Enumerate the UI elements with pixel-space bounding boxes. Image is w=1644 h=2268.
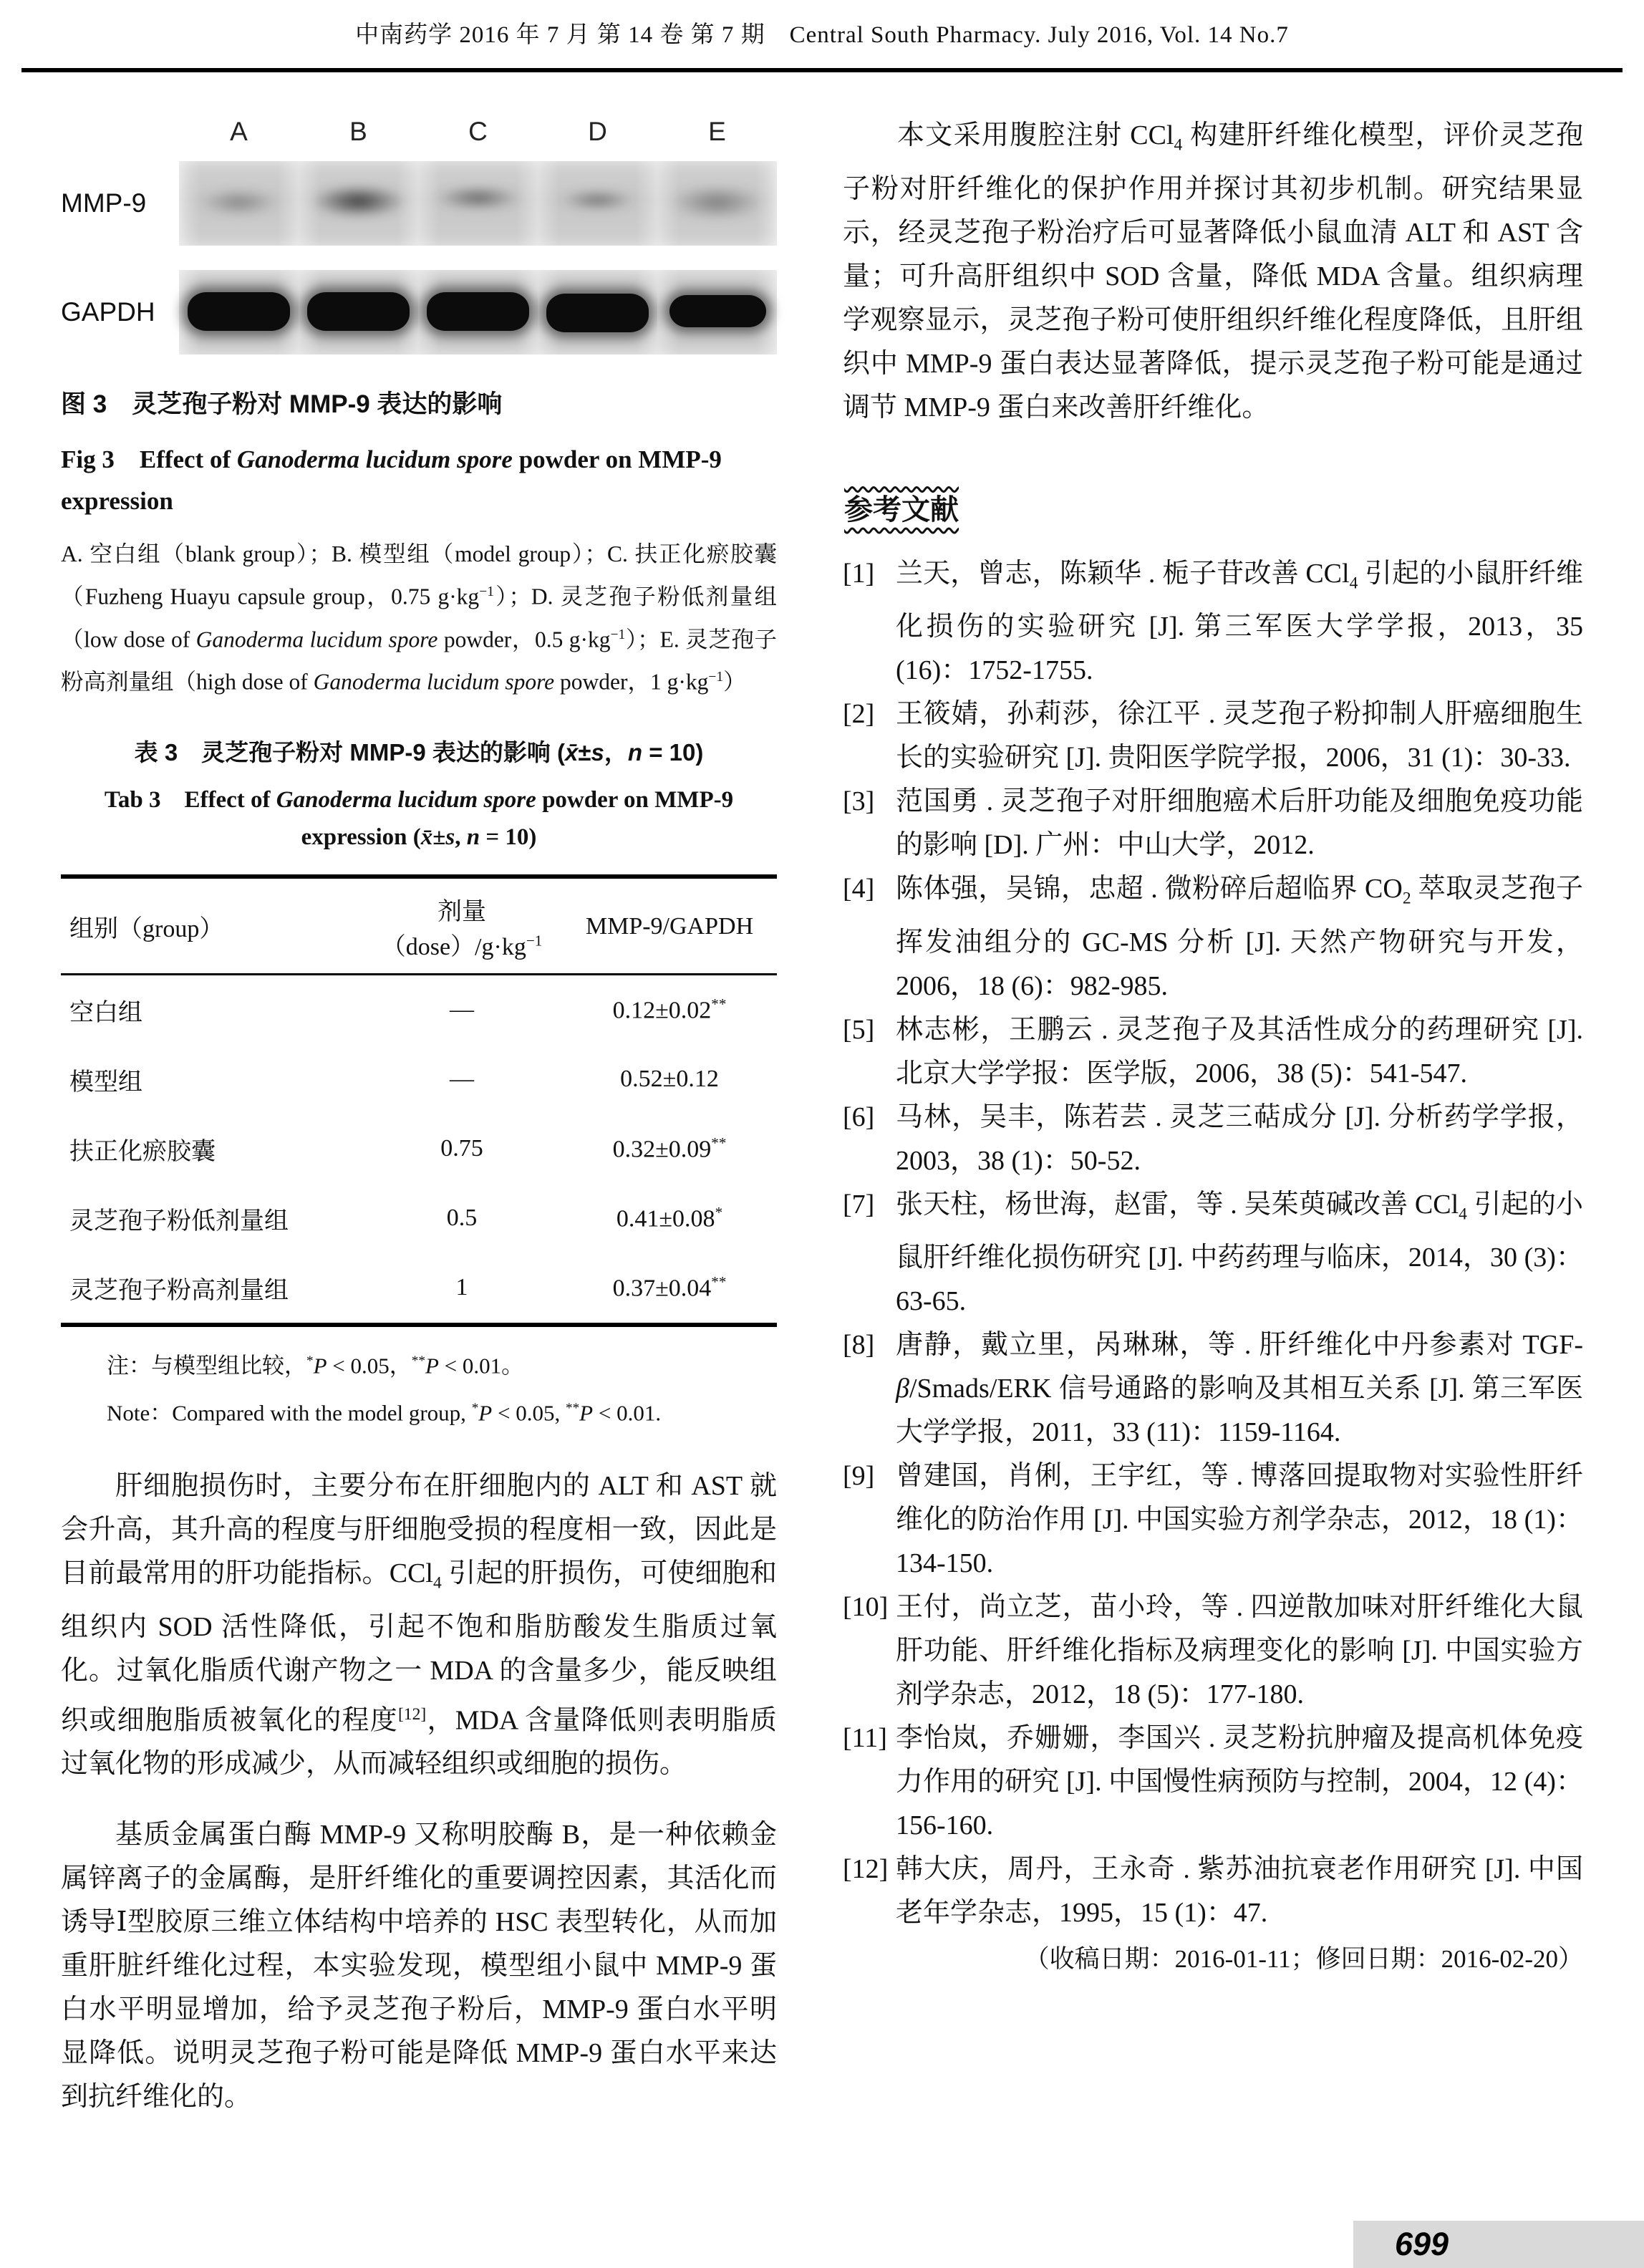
right-column: 本文采用腹腔注射 CCl4 构建肝纤维化模型，评价灵芝孢子粉对肝纤维化的保护作用… [843, 114, 1583, 2146]
cell-dose: — [362, 1045, 562, 1114]
mmp9-row-label: MMP-9 [61, 188, 179, 218]
reference-item: [6] 马林，吴丰，陈若芸 . 灵芝三萜成分 [J]. 分析药学学报，2003，… [843, 1096, 1583, 1183]
lane-letter-c: C [418, 117, 538, 154]
cell-value: 0.37±0.04** [562, 1253, 777, 1325]
lane-letter-a: A [179, 117, 299, 154]
col-header-group: 组别（group） [61, 877, 362, 975]
journal-header-line: 中南药学 2016 年 7 月 第 14 卷 第 7 期 Central Sou… [0, 0, 1644, 49]
reference-text: 林志彬，王鹏云 . 灵芝孢子及其活性成分的药理研究 [J]. 北京大学学报：医学… [896, 1008, 1583, 1096]
reference-text: 王筱婧，孙莉莎，徐江平 . 灵芝孢子粉抑制人肝癌细胞生长的实验研究 [J]. 贵… [896, 693, 1583, 780]
table-row: 模型组 — 0.52±0.12 [61, 1045, 777, 1114]
reference-number: [8] [843, 1323, 896, 1454]
lane-letter-b: B [299, 117, 418, 154]
conclusion-paragraph: 本文采用腹腔注射 CCl4 构建肝纤维化模型，评价灵芝孢子粉对肝纤维化的保护作用… [843, 114, 1583, 430]
reference-number: [2] [843, 693, 896, 780]
cell-value: 0.41±0.08* [562, 1184, 777, 1253]
table-note-cn: 注：与模型组比较，*P < 0.05，**P < 0.01。 [61, 1343, 777, 1384]
mmp9-band-lane-d [538, 161, 657, 246]
cell-dose: 0.75 [362, 1114, 562, 1184]
reference-text: 范国勇 . 灵芝孢子对肝细胞癌术后肝功能及细胞免疫功能的影响 [D]. 广州：中… [896, 780, 1583, 867]
lane-letter-d: D [538, 117, 657, 154]
reference-item: [9] 曾建国，肖俐，王宇红，等 . 博落回提取物对实验性肝纤维化的防治作用 [… [843, 1454, 1583, 1586]
reference-item: [4] 陈体强，吴锦，忠超 . 微粉碎后超临界 CO2 萃取灵芝孢子挥发油组分的… [843, 867, 1583, 1008]
gapdh-band-lane-d [538, 270, 657, 354]
reference-text: 马林，吴丰，陈若芸 . 灵芝三萜成分 [J]. 分析药学学报，2003，38 (… [896, 1096, 1583, 1183]
table-row: 灵芝孢子粉低剂量组 0.5 0.41±0.08* [61, 1184, 777, 1253]
lane-letter-e: E [657, 117, 777, 154]
reference-number: [11] [843, 1717, 896, 1848]
mmp9-band-lane-e [657, 161, 777, 246]
body-paragraph-mmp9: 基质金属蛋白酶 MMP-9 又称明胶酶 B，是一种依赖金属锌离子的金属酶，是肝纤… [61, 1813, 777, 2119]
reference-number: [5] [843, 1008, 896, 1096]
figure-legend: A. 空白组（blank group）；B. 模型组（model group）；… [61, 535, 777, 701]
reference-item: [11] 李怡岚，乔姗姗，李国兴 . 灵芝粉抗肿瘤及提高机体免疫力作用的研究 [… [843, 1717, 1583, 1848]
mmp9-band-lane-b [299, 161, 418, 246]
reference-text: 唐静，戴立里，呙琳琳，等 . 肝纤维化中丹参素对 TGF-β/Smads/ERK… [896, 1323, 1583, 1454]
mmp9-band-lane-a [179, 161, 299, 246]
table-row: 扶正化瘀胶囊 0.75 0.32±0.09** [61, 1114, 777, 1184]
cell-group: 灵芝孢子粉高剂量组 [61, 1253, 362, 1325]
cell-dose: 1 [362, 1253, 562, 1325]
reference-item: [10] 王付，尚立芝，苗小玲，等 . 四逆散加味对肝纤维化大鼠肝功能、肝纤维化… [843, 1586, 1583, 1717]
blot-lane-letters: A B C D E [179, 117, 777, 154]
cell-group: 模型组 [61, 1045, 362, 1114]
reference-item: [12] 韩大庆，周丹，王永奇 . 紫苏油抗衰老作用研究 [J]. 中国老年学杂… [843, 1848, 1583, 1935]
reference-number: [1] [843, 552, 896, 693]
table-header-row: 组别（group） 剂量（dose）/g·kg−1 MMP-9/GAPDH [61, 877, 777, 975]
gapdh-row-label: GAPDH [61, 297, 179, 327]
reference-number: [7] [843, 1183, 896, 1324]
mmp9-blot-row: MMP-9 [61, 161, 777, 246]
mmp9-strip [179, 161, 777, 246]
mmp9-band-lane-c [418, 161, 538, 246]
page-number-bar: 699 [1353, 2221, 1644, 2268]
results-table: 组别（group） 剂量（dose）/g·kg−1 MMP-9/GAPDH 空白… [61, 874, 777, 1327]
table-title-en: Tab 3 Effect of Ganoderma lucidum spore … [61, 781, 777, 856]
cell-dose: 0.5 [362, 1184, 562, 1253]
col-header-dose: 剂量（dose）/g·kg−1 [362, 877, 562, 975]
reference-number: [3] [843, 780, 896, 867]
cell-value: 0.12±0.02** [562, 974, 777, 1045]
table-title-cn: 表 3 灵芝孢子粉对 MMP-9 表达的影响 (x̄±s，n = 10) [61, 734, 777, 771]
reference-item: [8] 唐静，戴立里，呙琳琳，等 . 肝纤维化中丹参素对 TGF-β/Smads… [843, 1323, 1583, 1454]
left-column: A B C D E MMP-9 [61, 114, 777, 2146]
reference-item: [5] 林志彬，王鹏云 . 灵芝孢子及其活性成分的药理研究 [J]. 北京大学学… [843, 1008, 1583, 1096]
cell-group: 灵芝孢子粉低剂量组 [61, 1184, 362, 1253]
table-row: 灵芝孢子粉高剂量组 1 0.37±0.04** [61, 1253, 777, 1325]
cell-group: 空白组 [61, 974, 362, 1045]
figure-caption-en: Fig 3 Effect of Ganoderma lucidum spore … [61, 439, 777, 522]
reference-text: 陈体强，吴锦，忠超 . 微粉碎后超临界 CO2 萃取灵芝孢子挥发油组分的 GC-… [896, 867, 1583, 1008]
reference-item: [7] 张天柱，杨世海，赵雷，等 . 吴茱萸碱改善 CCl4 引起的小鼠肝纤维化… [843, 1183, 1583, 1324]
received-dates: （收稿日期：2016-01-11；修回日期：2016-02-20） [843, 1939, 1583, 1975]
reference-number: [10] [843, 1586, 896, 1717]
reference-text: 兰天，曾志，陈颖华 . 栀子苷改善 CCl4 引起的小鼠肝纤维化损伤的实验研究 … [896, 552, 1583, 693]
col-header-ratio: MMP-9/GAPDH [562, 877, 777, 975]
table-note-en: Note：Compared with the model group, *P <… [61, 1390, 777, 1432]
reference-list: [1] 兰天，曾志，陈颖华 . 栀子苷改善 CCl4 引起的小鼠肝纤维化损伤的实… [843, 552, 1583, 1936]
table-row: 空白组 — 0.12±0.02** [61, 974, 777, 1045]
two-column-body: A B C D E MMP-9 [0, 72, 1644, 2146]
reference-item: [1] 兰天，曾志，陈颖华 . 栀子苷改善 CCl4 引起的小鼠肝纤维化损伤的实… [843, 552, 1583, 693]
cell-value: 0.52±0.12 [562, 1045, 777, 1114]
reference-text: 李怡岚，乔姗姗，李国兴 . 灵芝粉抗肿瘤及提高机体免疫力作用的研究 [J]. 中… [896, 1717, 1583, 1848]
reference-text: 韩大庆，周丹，王永奇 . 紫苏油抗衰老作用研究 [J]. 中国老年学杂志，199… [896, 1848, 1583, 1935]
reference-number: [6] [843, 1096, 896, 1183]
gapdh-band-lane-a [179, 270, 299, 354]
reference-item: [2] 王筱婧，孙莉莎，徐江平 . 灵芝孢子粉抑制人肝癌细胞生长的实验研究 [J… [843, 693, 1583, 780]
reference-number: [9] [843, 1454, 896, 1586]
references-heading: 参考文献 [843, 481, 960, 535]
paper-page: 中南药学 2016 年 7 月 第 14 卷 第 7 期 Central Sou… [0, 0, 1644, 2268]
reference-text: 张天柱，杨世海，赵雷，等 . 吴茱萸碱改善 CCl4 引起的小鼠肝纤维化损伤研究… [896, 1183, 1583, 1324]
western-blot-figure: A B C D E MMP-9 [61, 117, 777, 354]
cell-dose: — [362, 974, 562, 1045]
reference-number: [4] [843, 867, 896, 1008]
gapdh-blot-row: GAPDH [61, 270, 777, 354]
gapdh-band-lane-e [657, 270, 777, 354]
reference-text: 王付，尚立芝，苗小玲，等 . 四逆散加味对肝纤维化大鼠肝功能、肝纤维化指标及病理… [896, 1586, 1583, 1717]
gapdh-strip [179, 270, 777, 354]
cell-group: 扶正化瘀胶囊 [61, 1114, 362, 1184]
reference-text: 曾建国，肖俐，王宇红，等 . 博落回提取物对实验性肝纤维化的防治作用 [J]. … [896, 1454, 1583, 1586]
reference-item: [3] 范国勇 . 灵芝孢子对肝细胞癌术后肝功能及细胞免疫功能的影响 [D]. … [843, 780, 1583, 867]
figure-caption-cn: 图 3 灵芝孢子粉对 MMP-9 表达的影响 [61, 385, 777, 420]
gapdh-band-lane-b [299, 270, 418, 354]
page-number: 699 [1395, 2226, 1449, 2263]
reference-number: [12] [843, 1848, 896, 1935]
body-paragraph-alt-ast: 肝细胞损伤时，主要分布在肝细胞内的 ALT 和 AST 就会升高，其升高的程度与… [61, 1464, 777, 1786]
gapdh-band-lane-c [418, 270, 538, 354]
cell-value: 0.32±0.09** [562, 1114, 777, 1184]
